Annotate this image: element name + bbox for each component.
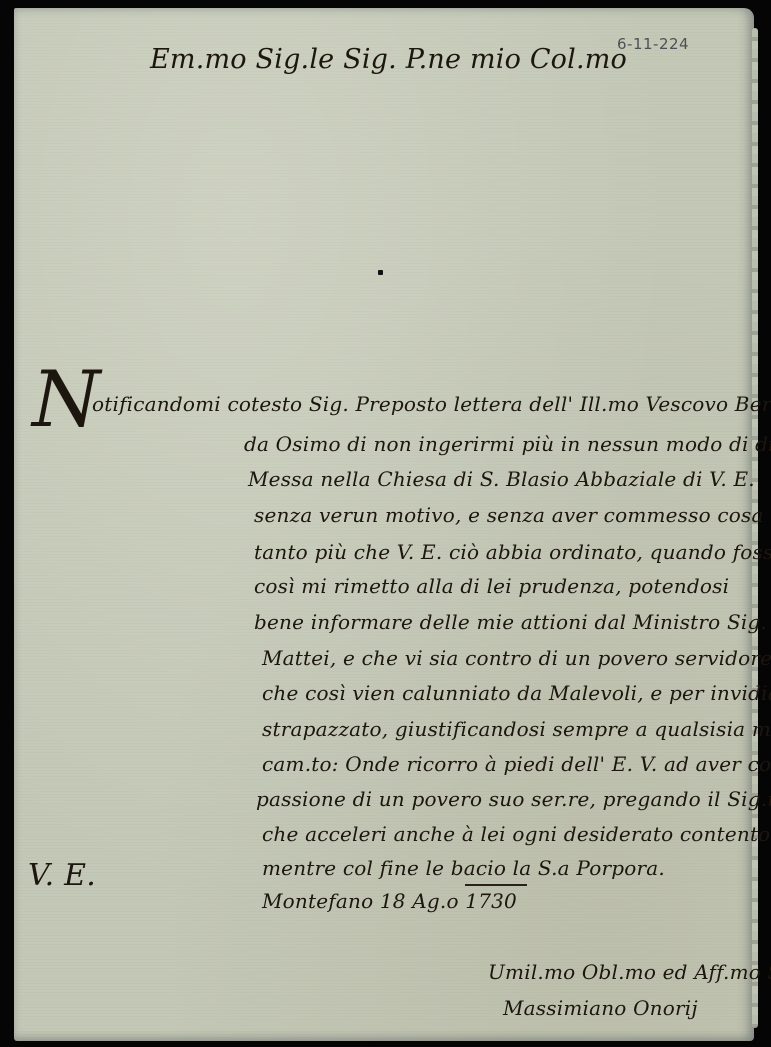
signature-name: Massimiano Onorij: [503, 996, 698, 1020]
letter-line: passione di un povero suo ser.re, pregan…: [256, 787, 771, 811]
letter-line: tanto più che V. E. ciò abbia ordinato, …: [254, 540, 771, 564]
closing-abbreviation: V. E.: [28, 858, 96, 893]
letter-line: che così vien calunniato da Malevoli, e …: [262, 681, 771, 705]
place-date-line: Montefano 18 Ag.o 1730: [262, 889, 517, 913]
letter-line: senza verun motivo, e senza aver commess…: [254, 503, 771, 527]
letter-line: che acceleri anche à lei ogni desiderato…: [262, 822, 771, 846]
letter-line: così mi rimetto alla di lei prudenza, po…: [254, 574, 729, 598]
signature-closing-formula: Umil.mo Obl.mo ed Aff.mo Ser. vero: [488, 960, 771, 984]
ink-blot: [378, 270, 383, 275]
letter-line: da Osimo di non ingerirmi più in nessun …: [244, 432, 771, 456]
letter-line: mentre col fine le bacio la S.a Porpora.: [262, 856, 665, 880]
letter-line: Mattei, e che vi sia contro di un povero…: [262, 646, 771, 670]
letter-line: otificandomi cotesto Sig. Preposto lette…: [92, 392, 771, 416]
letter-line: strapazzato, giustificandosi sempre a qu…: [262, 717, 771, 741]
date-underline: [465, 884, 527, 886]
drop-cap-initial: N: [32, 355, 100, 445]
archive-reference-number: 6-11-224: [617, 35, 689, 53]
letter-line: bene informare delle mie attioni dal Min…: [254, 610, 767, 634]
letter-line: Messa nella Chiesa di S. Blasio Abbazial…: [248, 467, 755, 491]
salutation: Em.mo Sig.le Sig. P.ne mio Col.mo: [150, 44, 627, 75]
letter-line: cam.to: Onde ricorro à piedi dell' E. V.…: [262, 752, 771, 776]
